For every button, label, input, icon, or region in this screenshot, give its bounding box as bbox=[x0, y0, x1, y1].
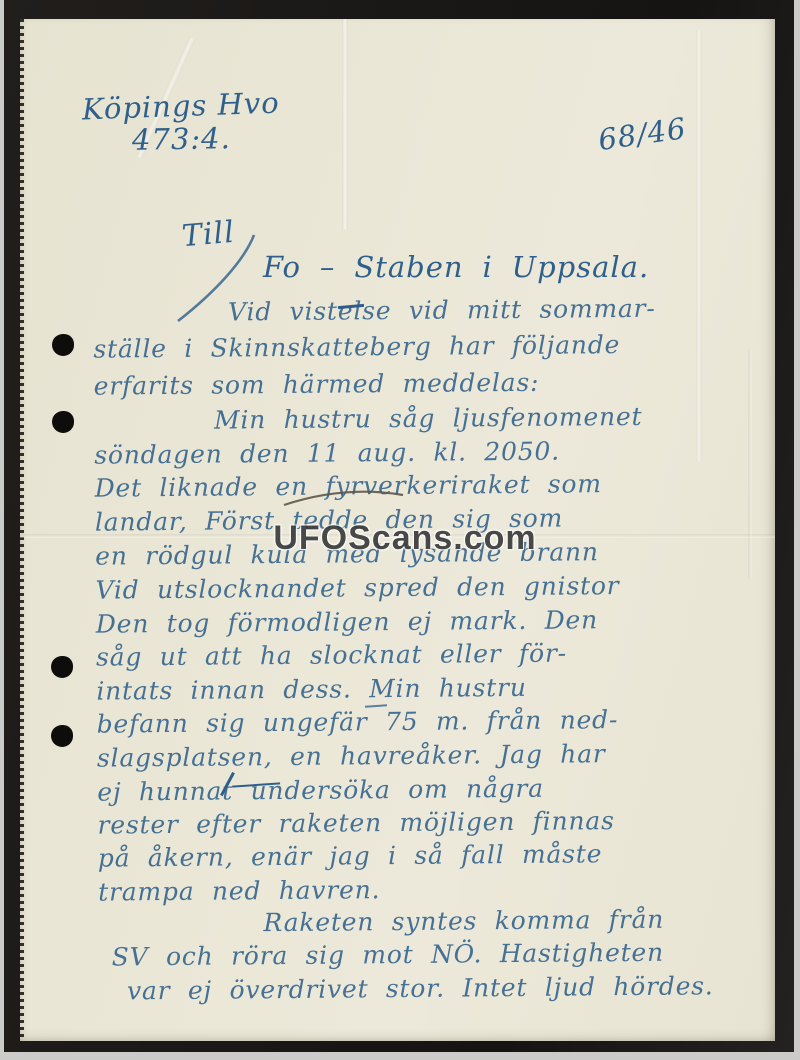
body-line: Den tog förmodligen ej mark. Den bbox=[96, 605, 598, 638]
body-line: Vid vistelse vid mitt sommar- bbox=[228, 294, 656, 327]
body-line: slagsplatsen, en havreåker. Jag har bbox=[97, 739, 606, 772]
watermark-text: UFOScans.com bbox=[255, 519, 555, 558]
body-line: trampa ned havren. bbox=[98, 875, 380, 906]
body-line: Det liknade en fyrverkeriraket som bbox=[94, 469, 601, 502]
body-line: rester efter raketen möjligen finnas bbox=[97, 806, 614, 840]
letter-paper: Köpings Hvo 473:4. 68/46 Till Fo – Stabe… bbox=[20, 19, 775, 1041]
body-line: befann sig ungefär 75 m. från ned- bbox=[97, 705, 619, 739]
body-line: var ej överdrivet stor. Intet ljud hörde… bbox=[127, 971, 714, 1005]
body-line: Vid utslocknandet spred den gnistor bbox=[95, 571, 619, 605]
body-line: söndagen den 11 aug. kl. 2050. bbox=[94, 437, 560, 470]
body-line: ställe i Skinnskatteberg har följande bbox=[93, 330, 620, 364]
body-line: ej hunnat undersöka om några bbox=[97, 774, 544, 807]
body-line: SV och röra sig mot NÖ. Hastigheten bbox=[112, 938, 665, 972]
body-line: intats innan dess. Min hustru bbox=[96, 673, 527, 706]
body-line: Min hustru såg ljusfenomenet bbox=[214, 402, 643, 435]
body-line: erfarits som härmed meddelas: bbox=[94, 368, 540, 401]
body-line: såg ut att ha slocknat eller för- bbox=[96, 639, 567, 672]
body-line: på åkern, enär jag i så fall måste bbox=[98, 839, 603, 872]
scanned-letter-page: Köpings Hvo 473:4. 68/46 Till Fo – Stabe… bbox=[0, 0, 800, 1060]
body-line: Raketen syntes komma från bbox=[263, 905, 664, 937]
